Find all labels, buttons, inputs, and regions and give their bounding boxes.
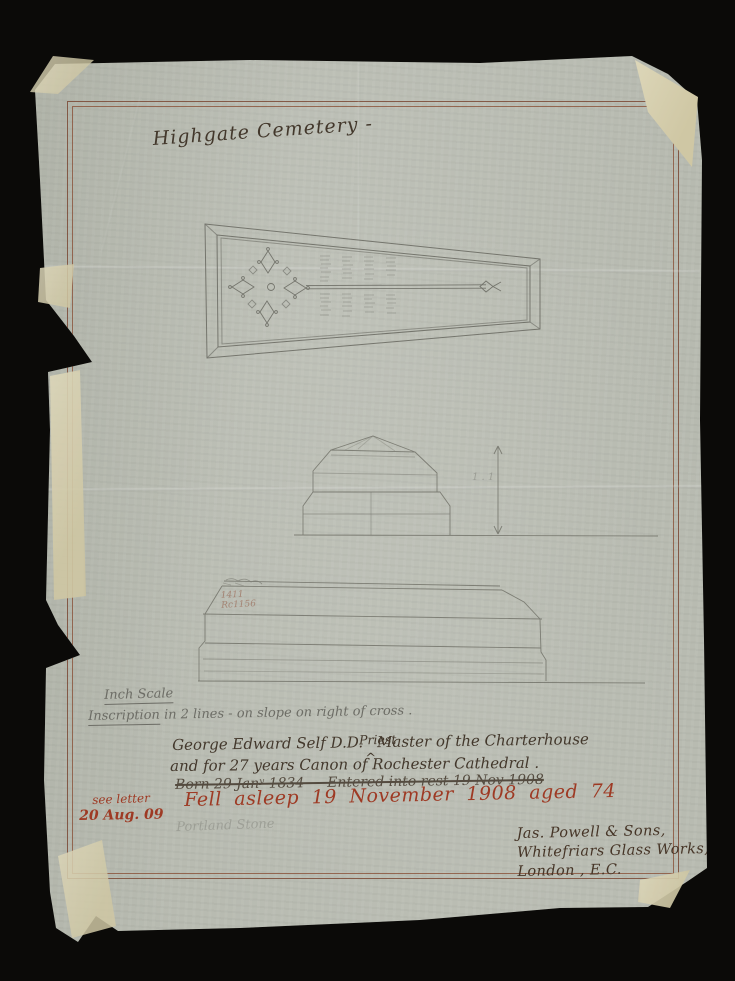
side-elevation-sketch [198, 579, 645, 683]
epitaph-line1-after: Master of the Charterhouse [377, 730, 589, 751]
height-marks: 1 . 1 [472, 472, 494, 483]
plan-coffin-ledger [205, 224, 540, 358]
epitaph-line1-before: George Edward Self D.D. [172, 733, 363, 754]
plan-reference-marks: 1411 Rc1156 [221, 589, 257, 611]
see-letter-note-line1: see letter [92, 791, 150, 807]
scale-note: Inch Scale [104, 686, 174, 705]
height-dimension-arrow [494, 446, 502, 534]
cross-fleury-sketch [229, 248, 310, 327]
inscription-word: Inscription [88, 708, 160, 726]
plan-ref-line2: Rc1156 [221, 599, 256, 611]
shaft-inscription-sketch [320, 256, 396, 316]
end-elevation-sketch [294, 436, 658, 536]
stamp-line2: Whitefriars Glass Works, [517, 840, 710, 863]
museum-photograph: { "photo": { "background_color": "#0b0a0… [0, 0, 735, 981]
inserted-word: Priest [359, 732, 396, 748]
drawing-sheet: Highgate Cemetery - 1411 Rc1156 1 . 1 In… [0, 0, 735, 981]
see-letter-note-line2: 20 Aug. 09 [79, 807, 164, 824]
